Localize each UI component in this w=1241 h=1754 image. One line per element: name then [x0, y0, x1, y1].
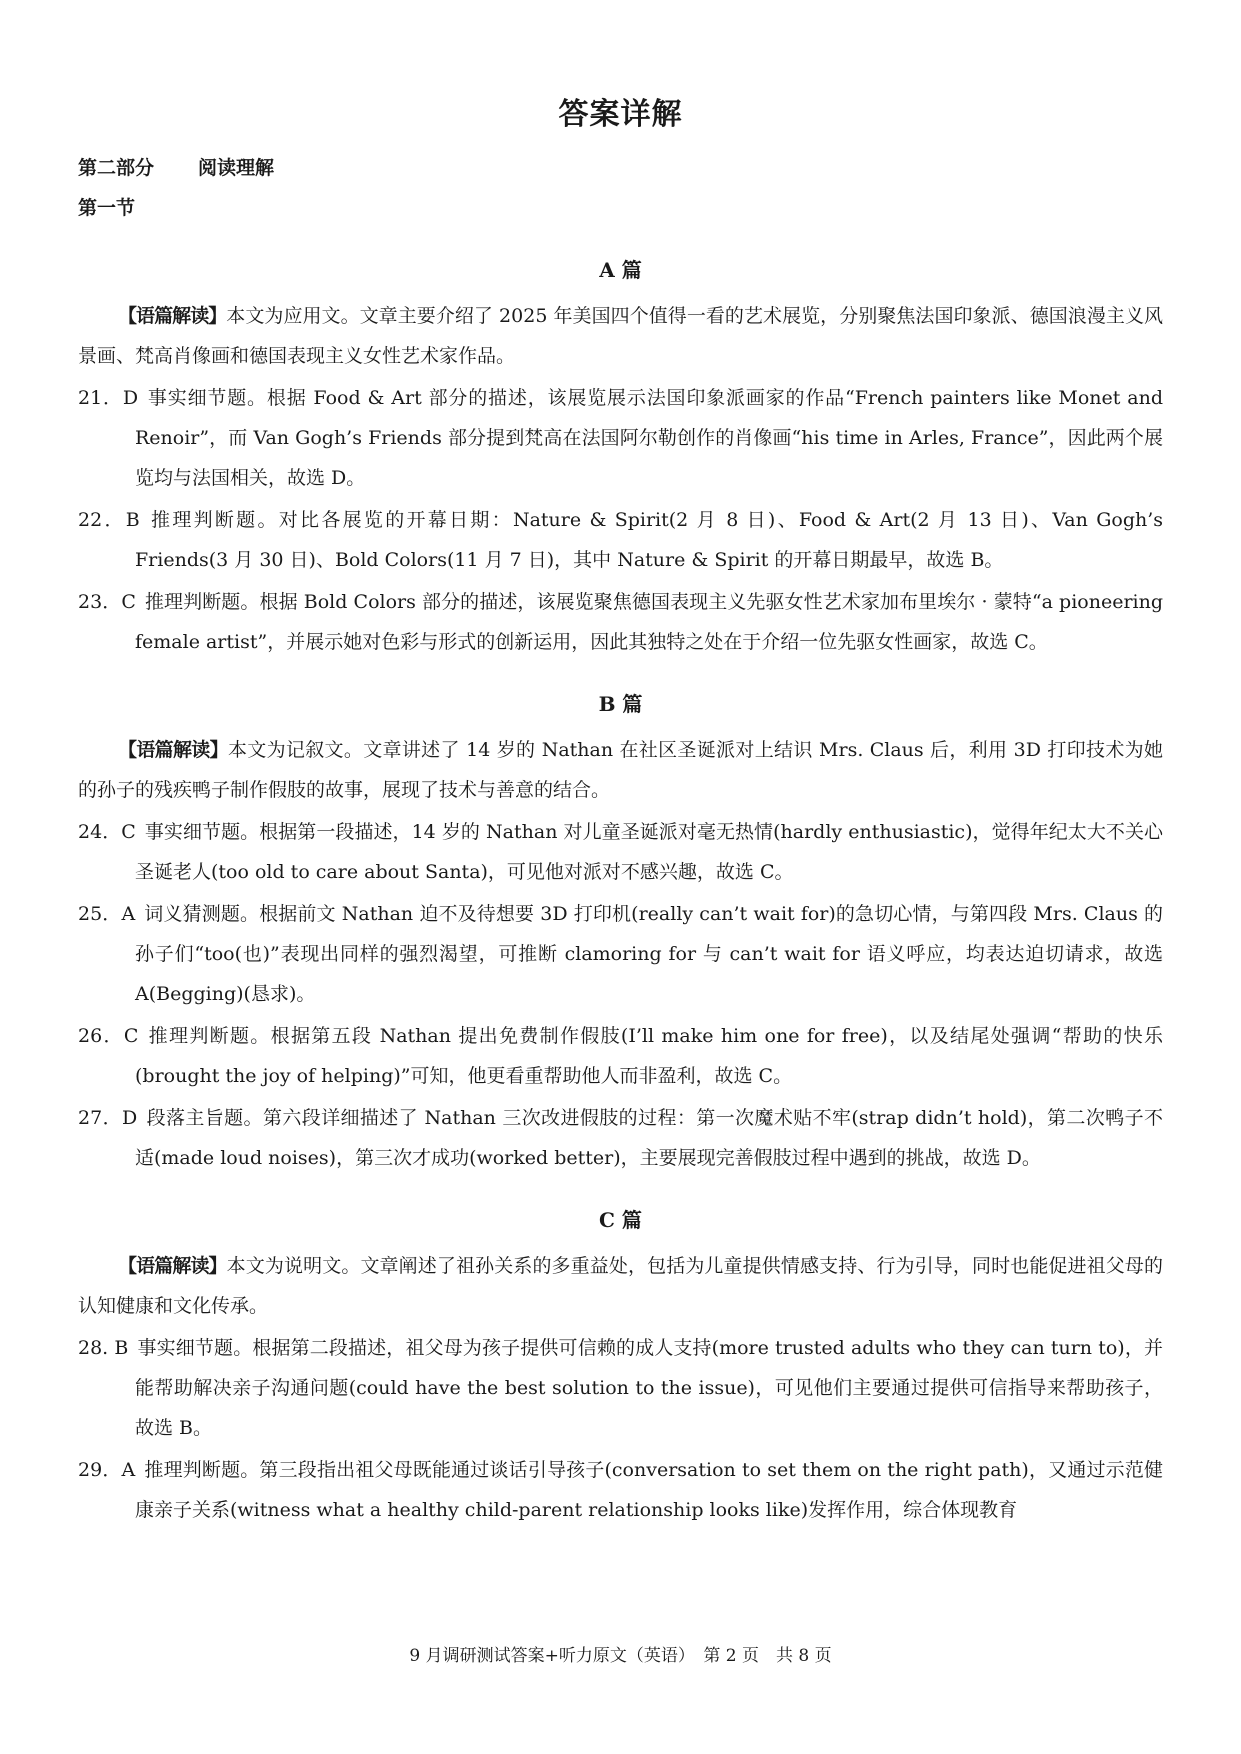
item-text: 推理判断题。根据 Bold Colors 部分的描述，该展览聚焦德国表现主义先驱…: [135, 591, 1163, 653]
passage-c-intro: 【语篇解读】本文为说明文。文章阐述了祖孙关系的多重益处，包括为儿童提供情感支持、…: [78, 1246, 1163, 1326]
item-text: 事实细节题。根据第二段描述，祖父母为孩子提供可信赖的成人支持(more trus…: [135, 1337, 1163, 1439]
answer-item-21: 21．D事实细节题。根据 Food & Art 部分的描述，该展览展示法国印象派…: [78, 378, 1163, 498]
passage-c-heading: C 篇: [78, 1200, 1163, 1240]
item-label: 21．D: [78, 387, 138, 409]
answer-item-26: 26．C推理判断题。根据第五段 Nathan 提出免费制作假肢(I’ll mak…: [78, 1016, 1163, 1096]
intro-label: 【语篇解读】: [118, 305, 226, 327]
item-label: 28. B: [78, 1337, 128, 1359]
passage-b-heading: B 篇: [78, 684, 1163, 724]
item-text: 推理判断题。根据第五段 Nathan 提出免费制作假肢(I’ll make hi…: [135, 1025, 1163, 1087]
intro-text: 本文为记叙文。文章讲述了 14 岁的 Nathan 在社区圣诞派对上结识 Mrs…: [78, 739, 1163, 801]
answer-item-27: 27．D段落主旨题。第六段详细描述了 Nathan 三次改进假肢的过程：第一次魔…: [78, 1098, 1163, 1178]
part-label: 第二部分: [78, 157, 154, 179]
intro-label: 【语篇解读】: [118, 739, 228, 761]
item-label: 22．B: [78, 509, 140, 531]
passage-c: C 篇 【语篇解读】本文为说明文。文章阐述了祖孙关系的多重益处，包括为儿童提供情…: [78, 1200, 1163, 1530]
passage-a-intro: 【语篇解读】本文为应用文。文章主要介绍了 2025 年美国四个值得一看的艺术展览…: [78, 296, 1163, 376]
answer-key-page: 答案详解 第二部分阅读理解 第一节 A 篇 【语篇解读】本文为应用文。文章主要介…: [0, 0, 1241, 1754]
page-footer: 9 月调研测试答案+听力原文（英语） 第 2 页 共 8 页: [0, 1642, 1241, 1670]
intro-label: 【语篇解读】: [118, 1255, 227, 1277]
item-text: 推理判断题。对比各展览的开幕日期：Nature & Spirit(2 月 8 日…: [135, 509, 1163, 571]
intro-text: 本文为应用文。文章主要介绍了 2025 年美国四个值得一看的艺术展览，分别聚焦法…: [78, 305, 1163, 367]
passage-a: A 篇 【语篇解读】本文为应用文。文章主要介绍了 2025 年美国四个值得一看的…: [78, 250, 1163, 662]
item-text: 事实细节题。根据第一段描述，14 岁的 Nathan 对儿童圣诞派对毫无热情(h…: [135, 821, 1163, 883]
intro-text: 本文为说明文。文章阐述了祖孙关系的多重益处，包括为儿童提供情感支持、行为引导，同…: [78, 1255, 1163, 1317]
part-title: 阅读理解: [198, 157, 274, 179]
item-text: 推理判断题。第三段指出祖父母既能通过谈话引导孩子(conversation to…: [135, 1459, 1163, 1521]
item-label: 29．A: [78, 1459, 135, 1481]
item-label: 23．C: [78, 591, 136, 613]
item-label: 25．A: [78, 903, 135, 925]
answer-item-28: 28. B事实细节题。根据第二段描述，祖父母为孩子提供可信赖的成人支持(more…: [78, 1328, 1163, 1448]
item-label: 27．D: [78, 1107, 137, 1129]
passage-a-heading: A 篇: [78, 250, 1163, 290]
item-text: 词义猜测题。根据前文 Nathan 迫不及待想要 3D 打印机(really c…: [135, 903, 1163, 1005]
part-heading: 第二部分阅读理解: [78, 148, 1163, 188]
answer-item-25: 25．A词义猜测题。根据前文 Nathan 迫不及待想要 3D 打印机(real…: [78, 894, 1163, 1014]
item-text: 段落主旨题。第六段详细描述了 Nathan 三次改进假肢的过程：第一次魔术贴不牢…: [135, 1107, 1163, 1169]
answer-item-29: 29．A推理判断题。第三段指出祖父母既能通过谈话引导孩子(conversatio…: [78, 1450, 1163, 1530]
item-label: 26．C: [78, 1025, 138, 1047]
item-text: 事实细节题。根据 Food & Art 部分的描述，该展览展示法国印象派画家的作…: [135, 387, 1163, 489]
answer-item-22: 22．B推理判断题。对比各展览的开幕日期：Nature & Spirit(2 月…: [78, 500, 1163, 580]
answer-item-23: 23．C推理判断题。根据 Bold Colors 部分的描述，该展览聚焦德国表现…: [78, 582, 1163, 662]
answer-item-24: 24．C事实细节题。根据第一段描述，14 岁的 Nathan 对儿童圣诞派对毫无…: [78, 812, 1163, 892]
item-label: 24．C: [78, 821, 136, 843]
passage-b-intro: 【语篇解读】本文为记叙文。文章讲述了 14 岁的 Nathan 在社区圣诞派对上…: [78, 730, 1163, 810]
section-heading: 第一节: [78, 188, 1163, 228]
passage-b: B 篇 【语篇解读】本文为记叙文。文章讲述了 14 岁的 Nathan 在社区圣…: [78, 684, 1163, 1178]
page-title: 答案详解: [78, 92, 1163, 138]
